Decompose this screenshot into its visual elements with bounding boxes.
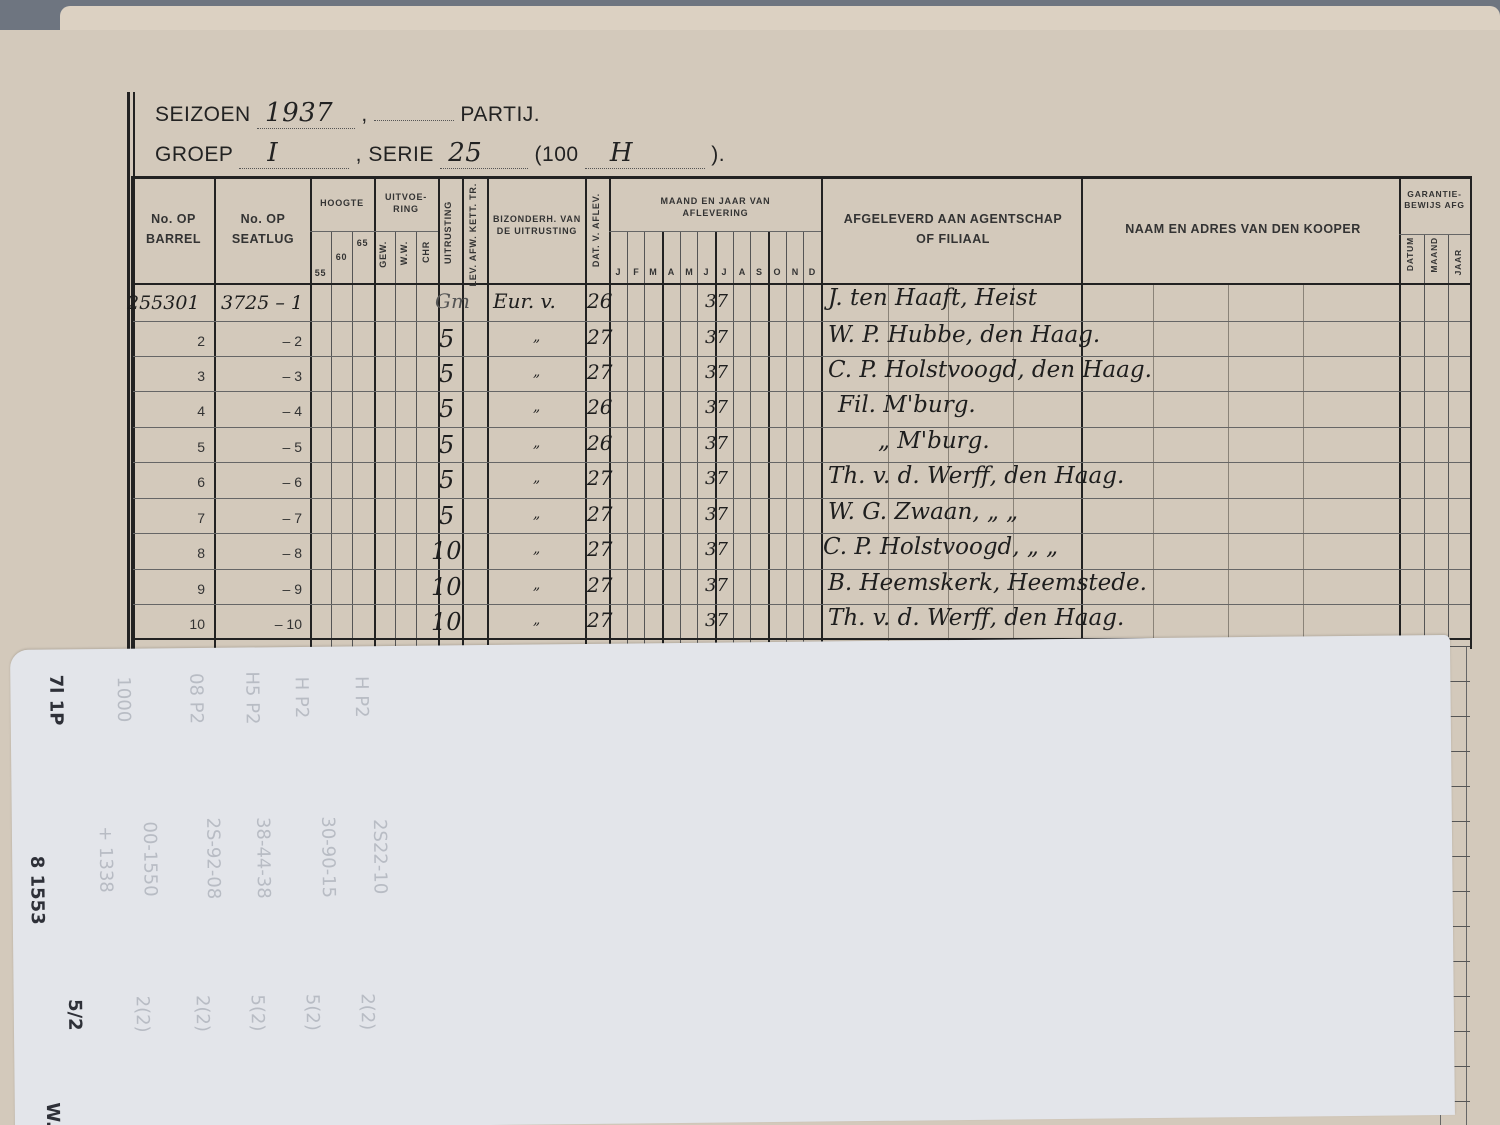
groep-value: I [267, 138, 278, 168]
delivery-year: 37 [705, 610, 728, 631]
header-uitrusting: UITRUSTING [443, 201, 453, 264]
groep-label: GROEP [155, 143, 233, 166]
delivered-to: C. P. Holstvoogd, „ „ [823, 534, 1058, 560]
uitrusting-value: 10 [431, 573, 462, 601]
header-no-op-barrel: No. OP BARREL [133, 209, 214, 249]
month-jun: J [699, 267, 713, 277]
type-value: H [610, 138, 633, 168]
slip-note: 00-1550 [139, 821, 161, 896]
bizonderheden-value: „ [533, 364, 540, 380]
header-hoogte-55: 55 [310, 267, 331, 279]
seatlug-number: – 8 [216, 545, 302, 561]
delivered-to: Fil. M'burg. [838, 392, 976, 418]
slip-note: 2(2) [192, 995, 213, 1032]
slip-note: 2S22-10 [369, 819, 391, 894]
barrel-number: 8 [133, 545, 205, 561]
header-chr: CHR [421, 241, 431, 263]
type-prefix: (100 [535, 143, 579, 166]
delivered-to: B. Heemskerk, Heemstede. [828, 570, 1147, 596]
header-uitvoering: UITVOE- RING [379, 191, 433, 215]
slip-note: 1000 [113, 676, 134, 722]
uitrusting-value: Gm [435, 289, 470, 313]
header-maand: MAAND [1429, 237, 1439, 273]
month-apr: A [664, 267, 678, 277]
serie-label: , SERIE [356, 143, 434, 166]
barrel-number: 7 [133, 510, 205, 526]
delivered-to: Th. v. d. Werff, den Haag. [828, 463, 1124, 489]
delivery-year: 37 [705, 504, 728, 525]
slip-note: 5/2 [64, 999, 85, 1031]
delivery-year: 37 [705, 433, 728, 454]
month-jul: J [717, 267, 731, 277]
slip-note: H5 P2 [241, 671, 263, 724]
barrel-number: 255301 [127, 292, 200, 314]
delivery-day: 27 [587, 466, 612, 490]
delivery-day: 26 [587, 289, 612, 313]
header-datum: DATUM [1405, 237, 1415, 271]
uitrusting-value: 5 [439, 360, 454, 388]
barrel-number: 3 [133, 368, 205, 384]
delivered-to: C. P. Holstvoogd, den Haag. [828, 357, 1152, 383]
delivered-to: „ M'burg. [878, 428, 990, 454]
delivery-day: 27 [587, 360, 612, 384]
month-may: M [682, 267, 696, 277]
header-maand-jaar: MAAND EN JAAR VAN AFLEVERING [633, 195, 798, 219]
header-hoogte-65: 65 [352, 237, 373, 249]
month-feb: F [629, 267, 643, 277]
delivered-to: Th. v. d. Werff, den Haag. [828, 605, 1124, 631]
barrel-number: 4 [133, 403, 205, 419]
bizonderheden-value: „ [533, 435, 540, 451]
season-line: SEIZOEN 1937 , PARTIJ. [155, 98, 540, 129]
paper-slip: 7l 1P 1000 08 P2 H5 P2 H P2 H P2 8 1553 … [10, 635, 1455, 1125]
comma: , [361, 103, 367, 126]
delivered-to: J. ten Haaft, Heist [828, 285, 1037, 311]
slip-note: 2S-92-08 [202, 817, 224, 899]
group-line: GROEP I , SERIE 25 (100 H ). [155, 138, 725, 169]
bizonderheden-value: „ [533, 329, 540, 345]
seatlug-number: 3725 – 1 [221, 292, 303, 314]
month-dec: D [805, 267, 819, 277]
header-jaar: JAAR [1453, 249, 1463, 275]
bizonderheden-value: „ [533, 541, 540, 557]
barrel-number: 5 [133, 439, 205, 455]
partij-label: PARTIJ. [460, 103, 540, 126]
seatlug-number: – 7 [216, 510, 302, 526]
ledger-table: No. OP BARREL No. OP SEATLUG HOOGTE 55 6… [131, 176, 1472, 649]
bizonderheden-value: „ [533, 399, 540, 415]
seizoen-label: SEIZOEN [155, 103, 251, 126]
month-sep: S [752, 267, 766, 277]
serie-value: 25 [448, 138, 482, 168]
delivery-year: 37 [705, 327, 728, 348]
header-hoogte-60: 60 [331, 251, 352, 263]
slip-note: W. [42, 1102, 63, 1125]
delivery-day: 27 [587, 502, 612, 526]
header-bizonderheden: BIZONDERH. VAN DE UITRUSTING [491, 213, 583, 237]
uitrusting-value: 5 [439, 431, 454, 459]
slip-note: 08 P2 [185, 673, 207, 724]
seatlug-number: – 6 [216, 474, 302, 490]
delivery-year: 37 [705, 291, 728, 312]
delivery-year: 37 [705, 362, 728, 383]
month-aug: A [735, 267, 749, 277]
bizonderheden-value: „ [533, 612, 540, 628]
bizonderheden-value: „ [533, 577, 540, 593]
uitrusting-value: 5 [439, 395, 454, 423]
delivery-year: 37 [705, 539, 728, 560]
type-suffix: ). [711, 143, 725, 166]
slip-note: 2(2) [357, 993, 378, 1030]
seizoen-value: 1937 [265, 98, 333, 128]
delivery-day: 27 [587, 537, 612, 561]
month-jan: J [611, 267, 625, 277]
seatlug-number: – 9 [216, 581, 302, 597]
bizonderheden-value: Eur. v. [493, 289, 556, 313]
slip-note: 30-90-15 [317, 816, 339, 898]
seatlug-number: – 3 [216, 368, 302, 384]
slip-note: H P2 [291, 677, 312, 719]
header-no-op-seatlug: No. OP SEATLUG [216, 209, 310, 249]
delivered-to: W. G. Zwaan, „ „ [828, 499, 1018, 525]
barrel-number: 9 [133, 581, 205, 597]
delivery-day: 27 [587, 325, 612, 349]
seatlug-number: – 4 [216, 403, 302, 419]
slip-note: 2(2) [132, 996, 153, 1033]
delivery-year: 37 [705, 397, 728, 418]
delivery-day: 26 [587, 431, 612, 455]
bizonderheden-value: „ [533, 506, 540, 522]
header-hoogte: HOOGTE [310, 197, 374, 209]
slip-note: 7l 1P [45, 675, 67, 726]
month-oct: O [770, 267, 784, 277]
header-gew: GEW. [378, 241, 388, 268]
barrel-number: 10 [133, 616, 205, 632]
delivery-year: 37 [705, 575, 728, 596]
delivery-day: 27 [587, 573, 612, 597]
header-garantie: GARANTIE- BEWIJS AFG [1399, 189, 1470, 211]
uitrusting-value: 10 [431, 537, 462, 565]
header-dat-aflev: DAT. V. AFLEV. [591, 193, 601, 267]
slip-note: 38-44-38 [252, 817, 274, 899]
month-mar: M [646, 267, 660, 277]
slip-note: H P2 [351, 676, 372, 718]
delivery-year: 37 [705, 468, 728, 489]
uitrusting-value: 5 [439, 466, 454, 494]
barrel-number: 6 [133, 474, 205, 490]
uitrusting-value: 5 [439, 325, 454, 353]
delivery-day: 26 [587, 395, 612, 419]
uitrusting-value: 5 [439, 502, 454, 530]
uitrusting-value: 10 [431, 608, 462, 636]
seatlug-number: – 2 [216, 333, 302, 349]
delivery-day: 27 [587, 608, 612, 632]
month-nov: N [788, 267, 802, 277]
header-koper: NAAM EN ADRES VAN DEN KOOPER [1093, 219, 1393, 239]
slip-note: 5(2) [302, 994, 323, 1031]
slip-note: 5(2) [247, 994, 268, 1031]
barrel-number: 2 [133, 333, 205, 349]
bizonderheden-value: „ [533, 470, 540, 486]
delivered-to: W. P. Hubbe, den Haag. [828, 322, 1100, 348]
slip-note: + 1338 [95, 826, 117, 893]
header-ww: W.W. [399, 241, 409, 265]
header-afgeleverd: AFGELEVERD AAN AGENTSCHAP OF FILIAAL [833, 209, 1073, 249]
seatlug-number: – 5 [216, 439, 302, 455]
seatlug-number: – 10 [216, 616, 302, 632]
header-lev-afw: LEV. AFW. KETT. TR. [468, 183, 478, 287]
slip-note: 8 1553 [26, 856, 48, 925]
